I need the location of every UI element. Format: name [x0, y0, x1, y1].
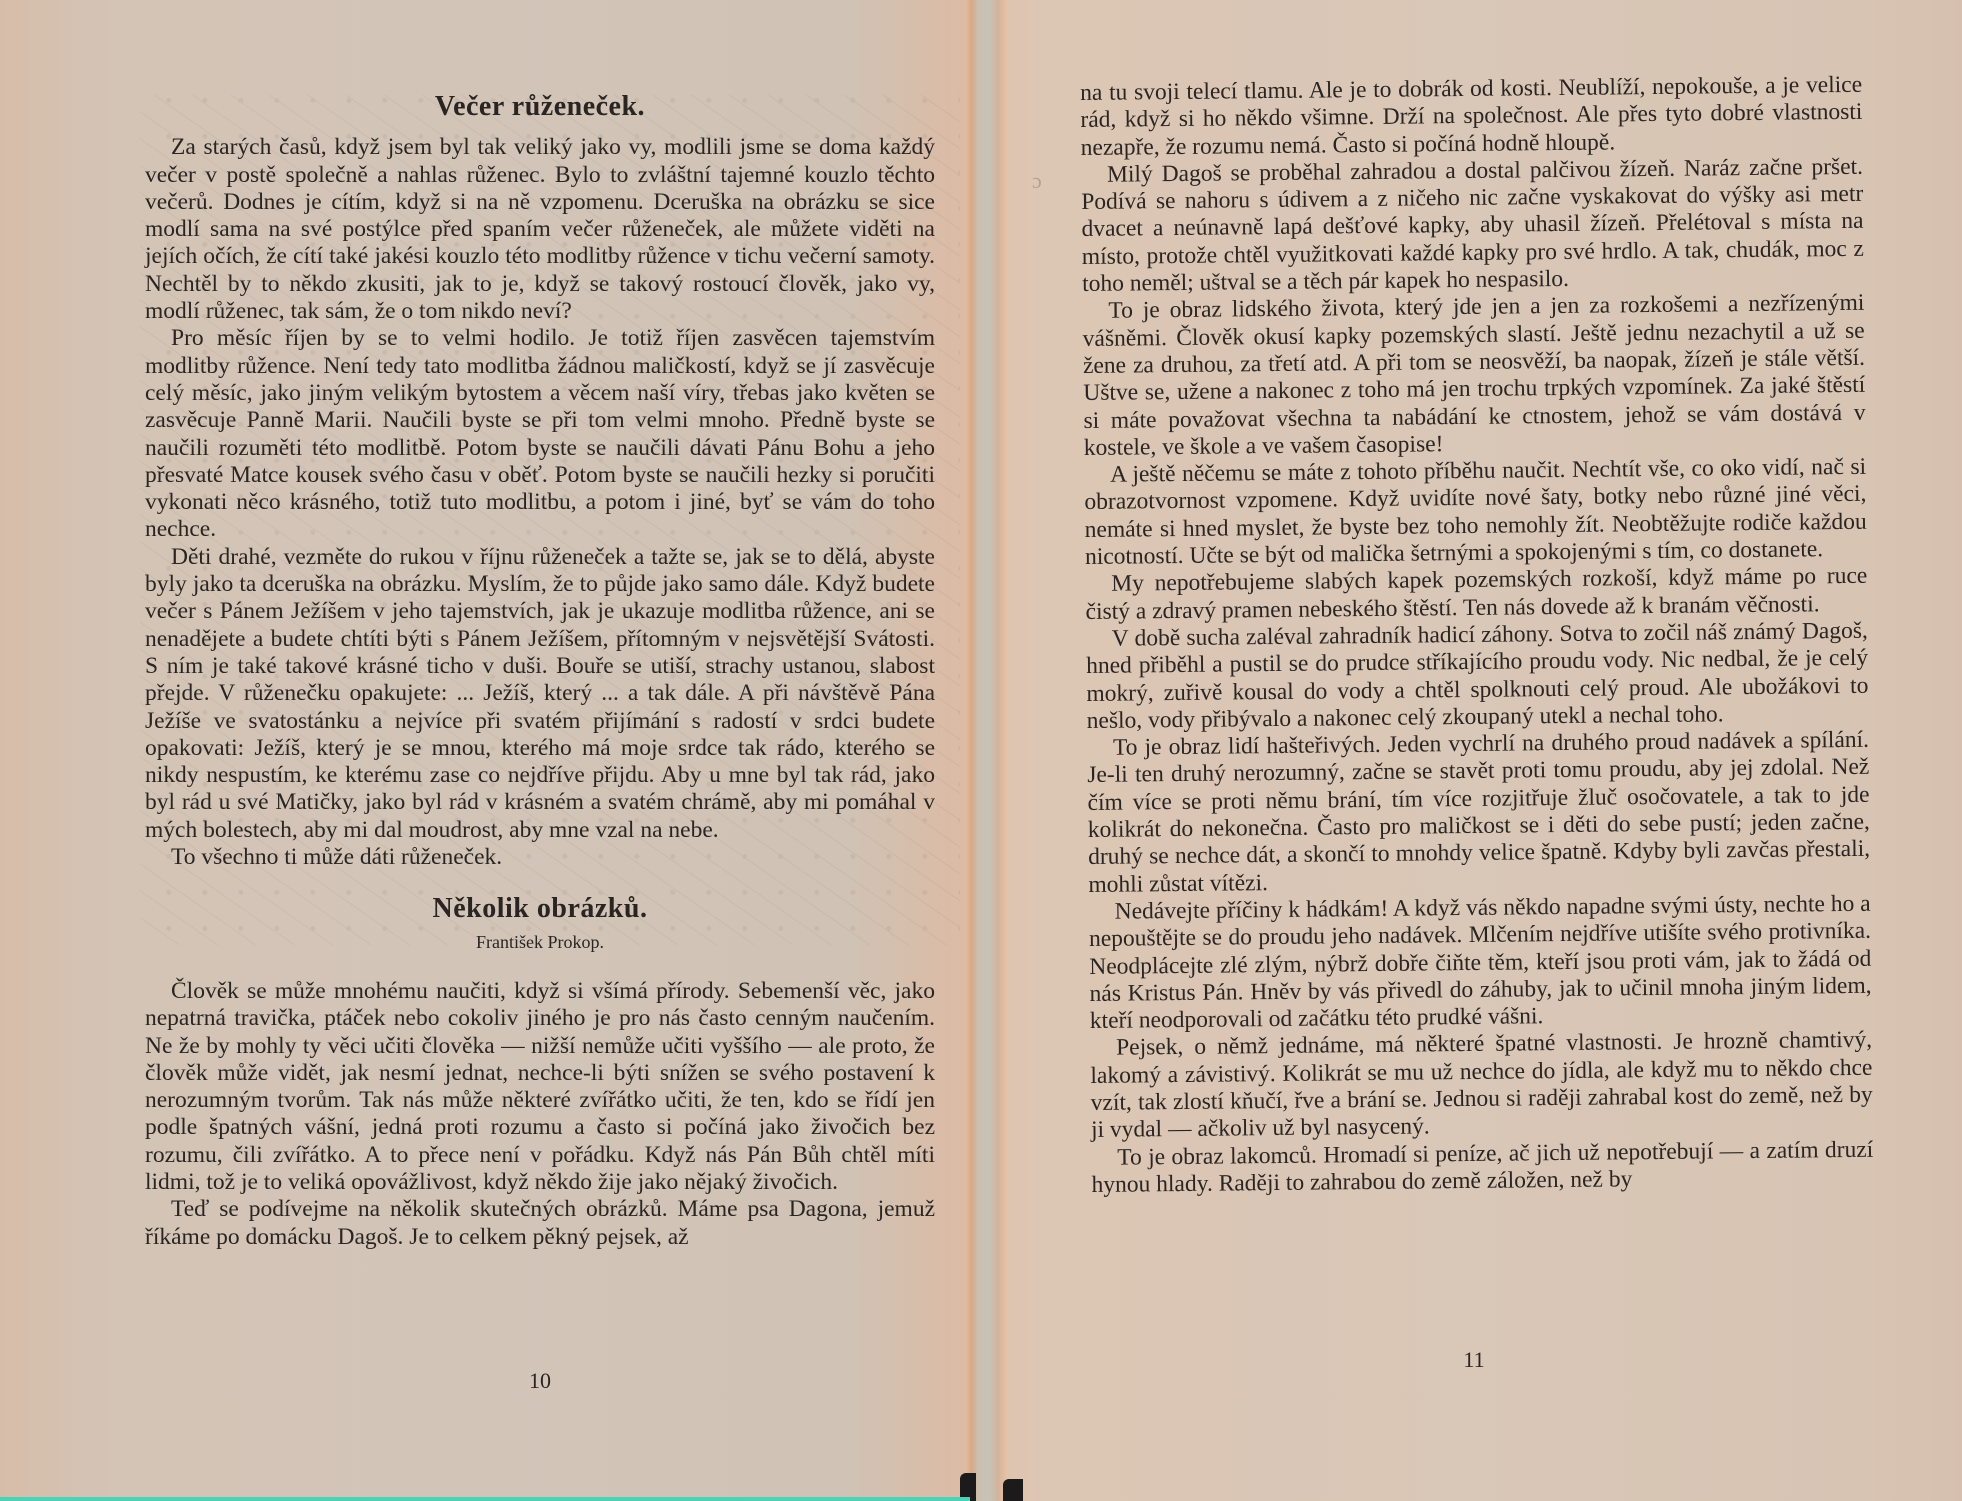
bottom-edge-line: [0, 1497, 970, 1501]
paragraph: Pejsek, o němž jednáme, má některé špatn…: [1090, 1027, 1873, 1144]
paragraph: My nepotřebujeme slabých kapek pozemskýc…: [1085, 563, 1868, 626]
paragraph: na tu svoji telecí tlamu. Ale je to dobr…: [1080, 72, 1863, 162]
paragraph: Děti drahé, vezměte do rukou v říjnu růž…: [145, 544, 935, 844]
paragraph: To všechno ti může dáti růženeček.: [145, 844, 935, 871]
page-number: 11: [1444, 1347, 1504, 1373]
article-author: František Prokop.: [145, 929, 935, 956]
left-page: Večer růženeček. Za starých časů, když j…: [0, 0, 965, 1501]
paragraph: To je obraz lidí hašteřivých. Jeden vych…: [1087, 727, 1871, 899]
paragraph: A ještě něčemu se máte z tohoto příběhu …: [1084, 454, 1867, 571]
page-number: 10: [510, 1368, 570, 1394]
paragraph: V době sucha zaléval zahradník hadicí zá…: [1086, 618, 1869, 735]
paragraph: To je obraz lakomců. Hromadí si peníze, …: [1091, 1136, 1874, 1199]
left-page-text: Večer růženeček. Za starých časů, když j…: [145, 93, 935, 1251]
paragraph: Pro měsíc říjen by se to velmi hodilo. J…: [145, 325, 935, 543]
paragraph: Nedávejte příčiny k hádkám! A když vás n…: [1089, 891, 1872, 1036]
margin-pencil-mark: ɔ: [1032, 168, 1042, 194]
article-title: Několik obrázků.: [145, 895, 935, 922]
paragraph: To je obraz lidského života, který jde j…: [1082, 290, 1866, 462]
paragraph: Člověk se může mnohému naučiti, když si …: [145, 978, 935, 1196]
book-spine: [965, 0, 1007, 1501]
paragraph: Teď se podívejme na několik skutečných o…: [145, 1196, 935, 1251]
paragraph: Milý Dagoš se proběhal zahradou a dostal…: [1081, 154, 1864, 299]
right-page-text: na tu svoji telecí tlamu. Ale je to dobr…: [1080, 72, 1874, 1199]
article-title: Večer růženeček.: [145, 93, 935, 120]
binding-shadow: [1003, 1479, 1023, 1501]
paragraph: Za starých časů, když jsem byl tak velik…: [145, 134, 935, 325]
